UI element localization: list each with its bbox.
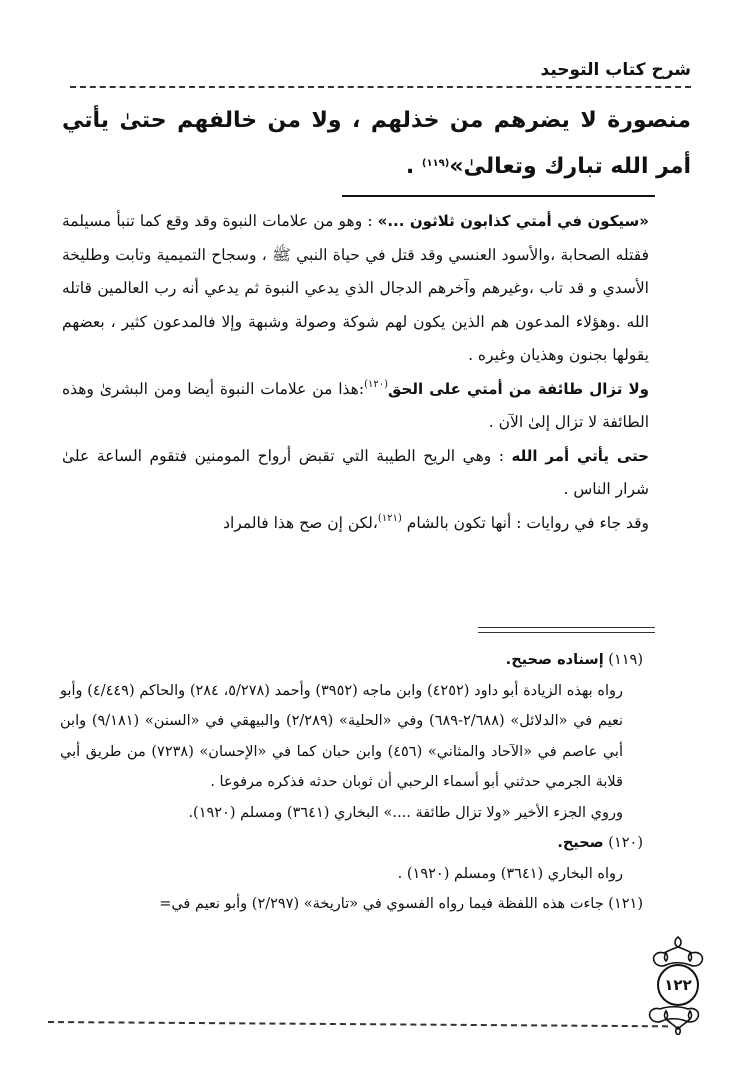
- hadith-text: منصورة لا يضرهم من خذلهم ، ولا من خالفهم…: [62, 98, 691, 190]
- footnote-120-text: رواه البخاري (٣٦٤١) ومسلم (١٩٢٠) .: [60, 859, 643, 890]
- paragraph-text: ،لكن إن صح هذا فالمراد: [223, 514, 378, 532]
- hadith-line-2: وتعالىٰ»: [449, 154, 536, 179]
- running-head: شرح كتاب التوحيد: [541, 60, 692, 80]
- footnote-separator: [478, 627, 655, 633]
- footnote-number: (١٢٠): [608, 835, 643, 851]
- footnote-grade: إسناده صحيح: [511, 652, 603, 668]
- commentary-body: «سيكون في أمتي كذابون ثلاثون ...» : وهو …: [62, 205, 691, 540]
- footnote-119-text-2: وروي الجزء الأخير «ولا تزال طائفة ....» …: [60, 798, 643, 829]
- paragraph-sham: وقد جاء في روايات : أنها تكون بالشام (١٢…: [62, 507, 691, 541]
- footnote-119-text: رواه بهذه الزيادة أبو داود (٤٢٥٢) وابن م…: [60, 676, 643, 798]
- footnote-120-heading: (١٢٠) صحيح.: [60, 828, 643, 859]
- footnote-ref-119[interactable]: (١١٩): [422, 158, 449, 169]
- hadith-separator-rule: [342, 195, 655, 197]
- footnote-ref-120[interactable]: (١٢٠): [364, 379, 388, 390]
- hadith-line-1: منصورة لا يضرهم من خذلهم ، ولا من خالفهم…: [62, 108, 691, 179]
- lemma-false-prophets: «سيكون في أمتي كذابون ثلاثون ...»: [378, 212, 649, 230]
- paragraph-command-of-allah: حتى يأتي أمر الله : وهي الريح الطيبة الت…: [62, 440, 691, 507]
- lemma-victorious-group: ولا تزال طائفة من أمتي على الحق: [388, 380, 649, 398]
- footnote-121-text: جاءت هذه اللفظة فيما رواه الفسوي في «تار…: [159, 896, 603, 912]
- footnote-119-heading: (١١٩) إسناده صحيح.: [60, 645, 643, 676]
- footnote-grade: صحيح: [563, 835, 604, 851]
- paragraph-victorious-group: ولا تزال طائفة من أمتي على الحق(١٢٠):هذا…: [62, 373, 691, 440]
- footnotes: (١١٩) إسناده صحيح. رواه بهذه الزيادة أبو…: [60, 645, 643, 920]
- book-page: شرح كتاب التوحيد منصورة لا يضرهم من خذله…: [0, 0, 753, 1089]
- paragraph-text: : وهو من علامات النبوة وقد وقع كما تنبأ …: [62, 212, 649, 364]
- footer-rule: [48, 1021, 668, 1027]
- footnote-121: (١٢١) جاءت هذه اللفظة فيما رواه الفسوي ف…: [60, 889, 643, 920]
- footnote-ref-121[interactable]: (١٢١): [378, 513, 402, 524]
- page-number: ١٢٢: [648, 965, 708, 1005]
- footnote-number: (١١٩): [608, 652, 643, 668]
- page-number-ornament: ١٢٢: [648, 935, 708, 1035]
- paragraph-text: وقد جاء في روايات : أنها تكون بالشام: [402, 514, 649, 532]
- header-rule: [70, 86, 691, 88]
- hadith-end: .: [406, 154, 422, 179]
- paragraph-false-prophets: «سيكون في أمتي كذابون ثلاثون ...» : وهو …: [62, 205, 691, 373]
- footnote-number: (١٢١): [608, 896, 643, 912]
- lemma-command-of-allah: حتى يأتي أمر الله: [512, 447, 649, 465]
